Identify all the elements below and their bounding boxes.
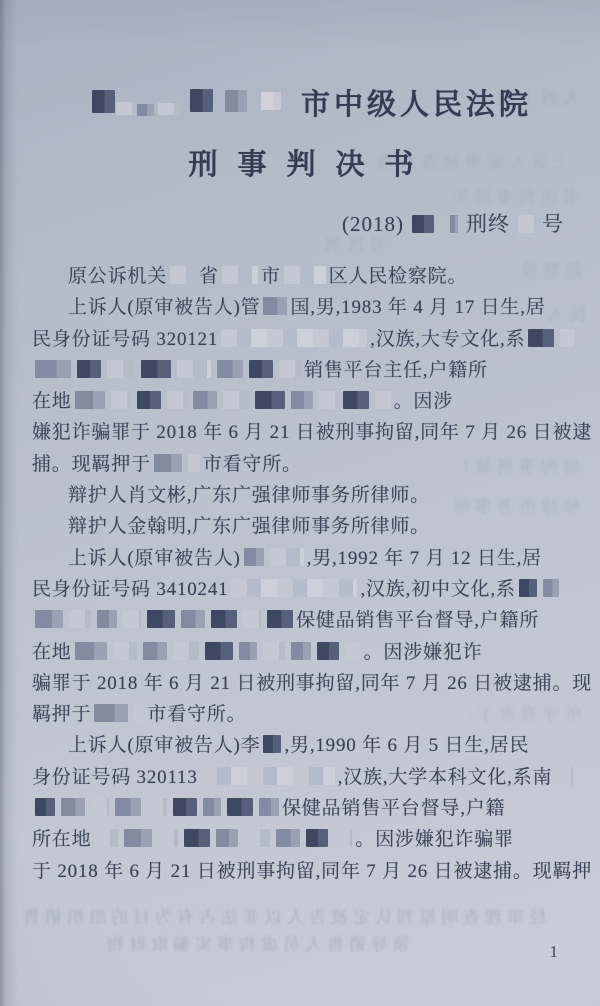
redaction-block [239, 642, 257, 660]
redaction-block [137, 104, 154, 116]
redaction-block [263, 297, 287, 315]
court-name-redaction [92, 88, 281, 116]
document-text: ,汉族,大学本科文化,系南 [338, 767, 553, 788]
document-text: 。因涉 [394, 391, 453, 412]
document-line: 在地。因涉 [32, 386, 570, 417]
redaction-block [263, 735, 281, 753]
redaction-block [205, 642, 233, 660]
document-text: 保健品销售平台督导,户籍 [282, 798, 505, 819]
redaction-block [75, 391, 105, 409]
document-line: 保健品销售平台督导,户籍所 [32, 605, 570, 636]
redaction-block [519, 579, 537, 597]
redaction-block [124, 829, 152, 847]
redaction-block [201, 767, 335, 785]
redaction-block [147, 610, 175, 628]
document-line: 所在地。因涉嫌犯诈骗罪 [32, 824, 570, 855]
redaction-block [193, 391, 217, 409]
document-text: 上诉人(原审被告人) [68, 548, 241, 569]
redaction-block [69, 610, 91, 628]
document-line: 上诉人(原审被告人)管国,男,1983 年 4 月 17 日生,居 [32, 292, 570, 323]
redaction-block [35, 798, 55, 816]
document-line: 辩护人金翰明,广东广强律师事务所律师。 [32, 511, 570, 542]
redaction-block [123, 610, 141, 628]
document-text: 市看守所。 [203, 454, 302, 475]
redaction-block [225, 90, 247, 112]
document-line: 保健品销售平台督导,户籍 [32, 793, 570, 824]
document-text: 所在地 [32, 829, 91, 850]
redaction-block [244, 829, 270, 847]
document-text: ,汉族,大专文化,系 [370, 329, 525, 350]
document-text: 国,男,1983 年 4 月 17 日生,居 [290, 297, 545, 318]
document-line: 原公诉机关省市区人民检察院。 [32, 261, 570, 292]
redaction-block [284, 266, 326, 284]
redaction-block [227, 798, 253, 816]
redaction-block [154, 454, 182, 472]
document-line: 羁押于市看守所。 [32, 699, 570, 730]
redaction-block [167, 391, 187, 409]
redaction-block [143, 642, 167, 660]
redaction-block [244, 548, 264, 566]
redaction-block [528, 329, 554, 347]
court-title-text: 市中级人民法院 [301, 88, 532, 122]
document-line: 上诉人(原审被告人),男,1992 年 7 月 12 日生,居 [32, 543, 570, 574]
redaction-block [134, 704, 144, 722]
redaction-block [77, 360, 101, 378]
redaction-block [543, 579, 559, 597]
redaction-block [291, 642, 311, 660]
redaction-block [141, 360, 171, 378]
redaction-block [111, 391, 131, 409]
redaction-block [173, 642, 199, 660]
redaction-block [291, 391, 313, 409]
redaction-block [221, 329, 367, 347]
redaction-block [177, 360, 211, 378]
redaction-block [223, 391, 249, 409]
redaction-block [147, 798, 167, 816]
redaction-block [276, 829, 300, 847]
document-text: 上诉人(原审被告人)管 [68, 297, 260, 318]
document-text: 嫌犯诈骗罪于 2018 年 6 月 21 日被刑事拘留,同年 7 月 26 日被… [32, 422, 592, 443]
redaction-block [94, 829, 118, 847]
redaction-block [181, 610, 205, 628]
document-text: 原公诉机关 [68, 266, 167, 287]
document-text: 民身份证号码 3410241 [32, 579, 228, 600]
redaction-block [375, 391, 391, 409]
page-number: 1 [550, 942, 559, 962]
document-line: 嫌犯诈骗罪于 2018 年 6 月 21 日被刑事拘留,同年 7 月 26 日被… [32, 417, 570, 448]
redaction-block [137, 391, 161, 409]
redaction-block [190, 89, 213, 112]
redaction-block [170, 266, 196, 284]
redaction-block [263, 642, 285, 660]
redaction-block [173, 798, 197, 816]
redaction-block [518, 215, 534, 233]
document-body: 原公诉机关省市区人民检察院。上诉人(原审被告人)管国,男,1983 年 4 月 … [32, 261, 570, 887]
redaction-block [61, 798, 85, 816]
court-title-row: 市中级人民法院 [92, 88, 570, 130]
redaction-block [158, 829, 178, 847]
redaction-block [306, 829, 328, 847]
redaction-block [317, 642, 339, 660]
document-text: 羁押于 [32, 704, 91, 725]
redaction-block [560, 329, 574, 347]
redaction-block [249, 360, 273, 378]
document-text: 号 [542, 212, 564, 236]
redaction-block [450, 215, 458, 233]
redaction-block [188, 454, 200, 472]
redaction-block [334, 829, 352, 847]
redaction-block [75, 642, 107, 660]
document-text: ,男,1990 年 6 月 5 日生,居民 [284, 735, 529, 756]
redaction-block [412, 215, 434, 233]
document-sheet: 市中级人民法院 刑事判决书 (2018)刑终号 原公诉机关省市区人民检察院。上诉… [0, 0, 600, 1006]
document-text: 刑终 [466, 212, 510, 236]
document-text: 销售平台主任,户籍所 [304, 360, 488, 381]
document-text: 市看守所。 [147, 704, 246, 725]
redaction-block [94, 704, 128, 722]
document-text: 民身份证号码 320121 [32, 329, 218, 350]
document-text: 捕。现羁押于 [32, 454, 151, 475]
document-text: 上诉人(原审被告人)李 [68, 735, 260, 756]
document-line: 身份证号码 320113,汉族,大学本科文化,系南 [32, 762, 570, 793]
document-text: 骗罪于 2018 年 6 月 21 日被刑事拘留,同年 7 月 26 日被逮捕。… [32, 673, 592, 694]
document-line: 在地。因涉嫌犯诈 [32, 637, 570, 668]
redaction-block [107, 360, 135, 378]
redaction-block [243, 610, 261, 628]
redaction-block [116, 102, 136, 115]
document-text: 。因涉嫌犯诈骗罪 [355, 829, 513, 850]
document-type-title: 刑事判决书 [32, 142, 570, 184]
document-text: 在地 [32, 642, 72, 663]
document-text: ,男,1992 年 7 月 12 日生,居 [307, 548, 542, 569]
document-line: 民身份证号码 320121,汉族,大专文化,系 [32, 324, 570, 355]
redaction-block [222, 266, 258, 284]
redaction-block [203, 798, 221, 816]
document-line: 民身份证号码 3410241,汉族,初中文化,系 [32, 574, 570, 605]
document-text: (2018) [342, 212, 404, 236]
document-line: 捕。现羁押于市看守所。 [32, 449, 570, 480]
redaction-block [255, 391, 285, 409]
redaction-block [158, 103, 180, 115]
document-line: 骗罪于 2018 年 6 月 21 日被刑事拘留,同年 7 月 26 日被逮捕。… [32, 668, 570, 699]
redaction-block [279, 360, 301, 378]
redaction-block [216, 829, 238, 847]
redaction-block [319, 391, 337, 409]
document-text: 于 2018 年 6 月 21 日被刑事拘留,同年 7 月 26 日被逮捕。现羁… [32, 861, 592, 882]
redaction-block [231, 579, 357, 597]
redaction-block [259, 798, 279, 816]
redaction-block [217, 360, 243, 378]
document-text: 辩护人金翰明,广东广强律师事务所律师。 [68, 516, 430, 537]
document-line: 辩护人肖文彬,广东广强律师事务所律师。 [32, 480, 570, 511]
document-line: 销售平台主任,户籍所 [32, 355, 570, 386]
document-text: ,汉族,初中文化,系 [360, 579, 515, 600]
redaction-block [261, 92, 281, 110]
document-text: 在地 [32, 391, 72, 412]
redaction-block [35, 360, 71, 378]
document-line: 上诉人(原审被告人)李,男,1990 年 6 月 5 日生,居民 [32, 730, 570, 761]
photographed-court-document: { "page": { "paper_color": "#bcc2cf", "i… [0, 0, 600, 1006]
document-text: 市 [261, 266, 281, 287]
redaction-block [115, 798, 141, 816]
redaction-block [267, 610, 293, 628]
document-text: 区人民检察院。 [329, 266, 468, 287]
document-text: 。因涉嫌犯诈 [364, 642, 483, 663]
document-text: 身份证号码 320113 [32, 767, 198, 788]
document-line: 于 2018 年 6 月 21 日被刑事拘留,同年 7 月 26 日被逮捕。现羁… [32, 856, 570, 887]
redaction-block [345, 642, 361, 660]
redaction-block [35, 610, 63, 628]
redaction-block [92, 90, 115, 113]
redaction-block [184, 829, 210, 847]
document-text: 辩护人肖文彬,广东广强律师事务所律师。 [68, 485, 430, 506]
redaction-block [555, 767, 573, 785]
document-text: 省 [199, 266, 219, 287]
redaction-block [91, 798, 109, 816]
document-text: 保健品销售平台督导,户籍所 [296, 610, 539, 631]
redaction-block [97, 610, 117, 628]
redaction-block [113, 642, 137, 660]
redaction-block [211, 610, 237, 628]
case-number-line: (2018)刑终号 [32, 208, 570, 240]
redaction-block [343, 391, 369, 409]
redaction-block [270, 548, 304, 566]
